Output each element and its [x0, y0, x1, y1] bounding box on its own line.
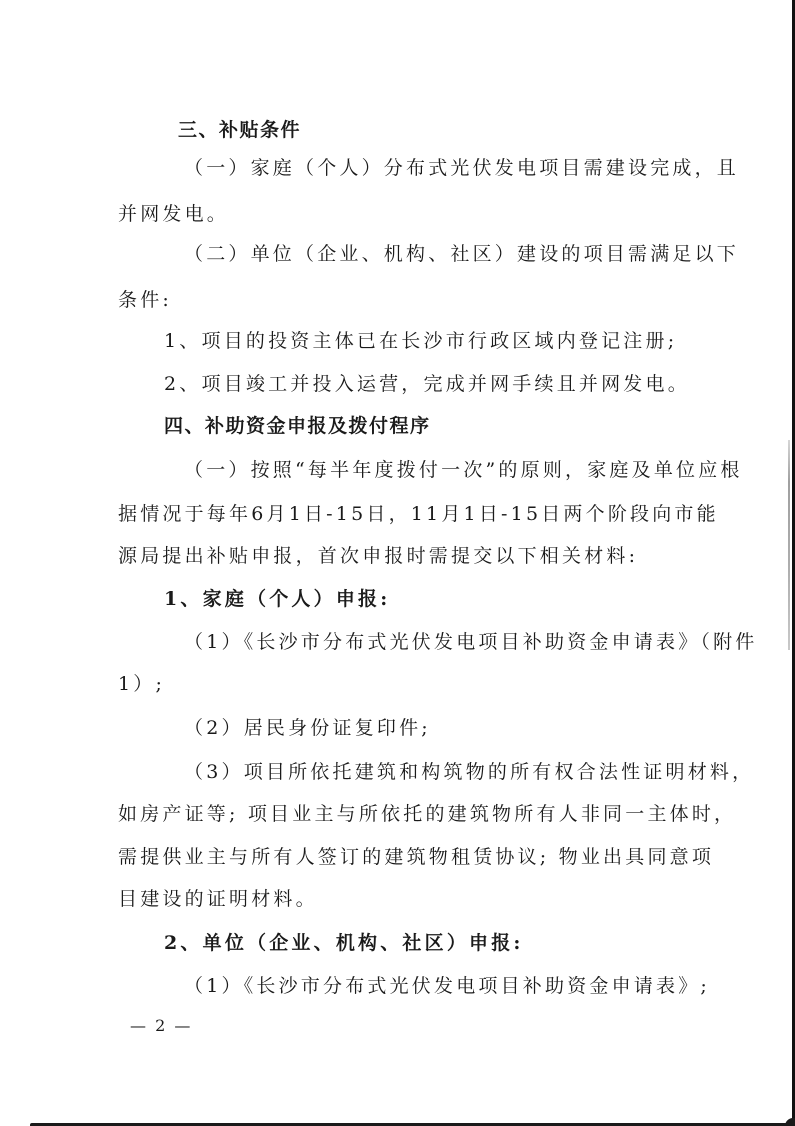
- paragraph-procedure-line-2: 据情况于每年6月1日-15日，11月1日-15日两个阶段向市能: [118, 502, 719, 526]
- list-item-condition-2: 2、项目竣工并投入运营，完成并网手续且并网发电。: [164, 372, 690, 396]
- scan-artifact-margin-mark: [788, 440, 790, 650]
- list-item-household-material-3-line-1: （3）项目所依托建筑和构筑物的所有权合法性证明材料，: [184, 760, 754, 784]
- paragraph-household-condition-line-1: （一）家庭（个人）分布式光伏发电项目需建设完成，且: [184, 156, 739, 180]
- subheading-household-application: 1、家庭（个人）申报:: [164, 587, 390, 611]
- section-heading-subsidy-conditions: 三、补贴条件: [178, 118, 301, 142]
- paragraph-unit-condition-line-1: （二）单位（企业、机构、社区）建设的项目需满足以下: [184, 242, 739, 266]
- paragraph-procedure-line-3: 源局提出补贴申报，首次申报时需提交以下相关材料:: [118, 544, 638, 568]
- page-number: — 2 —: [130, 1016, 192, 1035]
- document-page: 三、补贴条件 （一）家庭（个人）分布式光伏发电项目需建设完成，且 并网发电。 （…: [0, 0, 795, 1126]
- list-item-household-material-1-line-1: （1）《长沙市分布式光伏发电项目补助资金申请表》（附件: [184, 630, 758, 654]
- list-item-household-material-1-line-2: 1）;: [118, 672, 165, 696]
- list-item-unit-material-1: （1）《长沙市分布式光伏发电项目补助资金申请表》;: [184, 974, 710, 998]
- subheading-unit-application: 2、单位（企业、机构、社区）申报:: [164, 931, 524, 955]
- list-item-household-material-3-line-4: 目建设的证明材料。: [118, 887, 318, 911]
- section-heading-application-procedure: 四、补助资金申报及拨付程序: [164, 414, 431, 438]
- list-item-household-material-3-line-3: 需提供业主与所有人签订的建筑物租赁协议; 物业出具同意项: [118, 845, 714, 869]
- list-item-household-material-3-line-2: 如房产证等; 项目业主与所依托的建筑物所有人非同一主体时，: [118, 802, 736, 826]
- list-item-condition-1: 1、项目的投资主体已在长沙市行政区域内登记注册;: [164, 329, 677, 353]
- paragraph-procedure-line-1: （一）按照“每半年度拨付一次”的原则，家庭及单位应根: [184, 458, 743, 482]
- paragraph-household-condition-line-2: 并网发电。: [118, 202, 229, 226]
- list-item-household-material-2: （2）居民身份证复印件;: [184, 716, 431, 740]
- paragraph-unit-condition-line-2: 条件:: [118, 288, 172, 312]
